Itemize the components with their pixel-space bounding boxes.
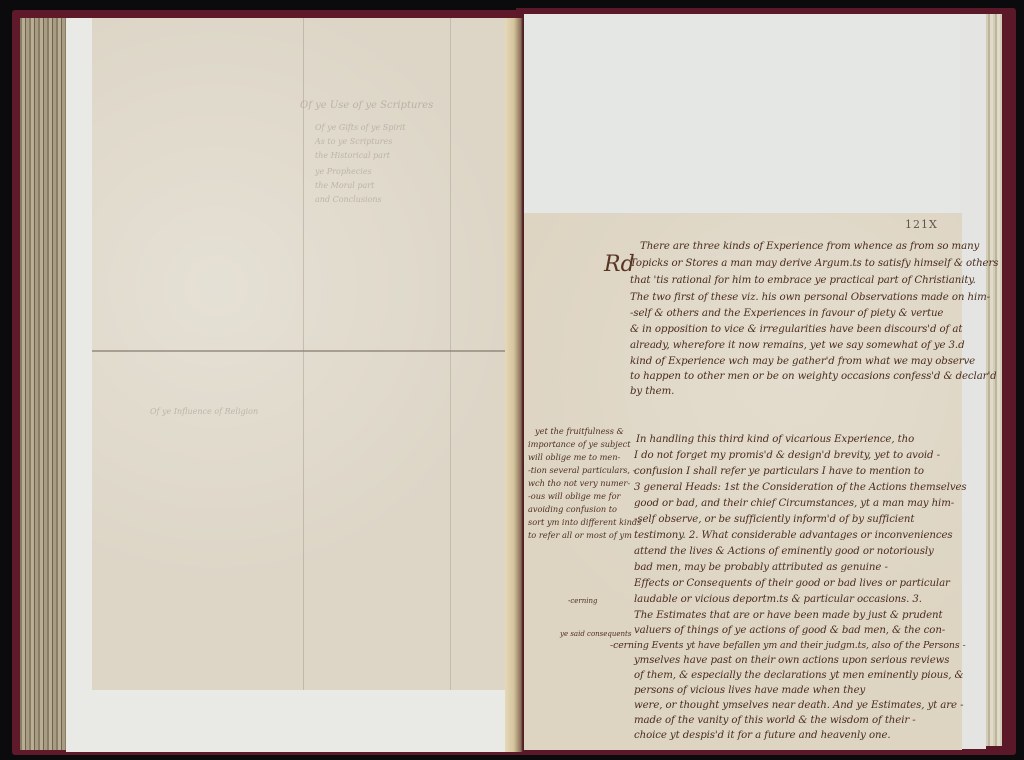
left-manuscript-page (92, 18, 506, 690)
margin-note-line: -ous will oblige me for (528, 490, 620, 502)
text-line: kind of Experience wch may be gather'd f… (630, 354, 975, 369)
ghost-line: the Moral part (315, 180, 374, 191)
text-line: bad men, may be probably attributed as g… (634, 560, 888, 575)
text-line: persons of vicious lives have made when … (634, 683, 865, 698)
text-line: by them. (630, 384, 674, 399)
margin-note-line: -tion several particulars, - (528, 464, 635, 476)
folio-number: 121X (905, 218, 938, 231)
margin-note-line: avoiding confusion to (528, 503, 617, 515)
margin-note-line: yet the fruitfulness & (535, 425, 624, 437)
vertical-margin-line (450, 18, 451, 690)
ghost-line: ye Prophecies (315, 166, 372, 177)
text-line: Effects or Consequents of their good or … (634, 576, 950, 591)
ghost-line: Of ye Gifts of ye Spirit (315, 122, 406, 133)
margin-note-lower: -cerning (568, 595, 598, 607)
text-line: ymselves have past on their own actions … (634, 653, 949, 668)
text-line: I do not forget my promis'd & design'd b… (634, 448, 940, 463)
text-line: -self & others and the Experiences in fa… (630, 306, 943, 321)
ghost-line: the Historical part (315, 150, 390, 161)
text-line: The Estimates that are or have been made… (634, 608, 943, 623)
text-line: -self observe, or be sufficiently inform… (634, 512, 914, 527)
text-line: attend the lives & Actions of eminently … (634, 544, 934, 559)
text-line: that 'tis rational for him to embrace ye… (630, 273, 976, 288)
text-line: good or bad, and their chief Circumstanc… (634, 496, 954, 511)
text-line: laudable or vicious deportm.ts & particu… (634, 592, 922, 607)
margin-note-line: importance of ye subject (528, 438, 631, 450)
text-line: testimony. 2. What considerable advantag… (634, 528, 953, 543)
text-line: made of the vanity of this world & the w… (634, 713, 916, 728)
ghost-line-bottom: Of ye Influence of Religion (150, 406, 258, 417)
margin-note-line: wch tho not very numer- (528, 477, 630, 489)
text-line: of them, & especially the declarations y… (634, 668, 963, 683)
text-line: -cerning Events yt have befallen ym and … (610, 638, 966, 653)
text-line: were, or thought ymselves near death. An… (634, 698, 963, 713)
horizontal-fold-line (92, 350, 506, 352)
text-line: There are three kinds of Experience from… (640, 239, 979, 254)
ghost-line: and Conclusions (315, 194, 382, 205)
text-line: & in opposition to vice & irregularities… (630, 322, 962, 337)
text-line: valuers of things of ye actions of good … (634, 623, 945, 638)
text-line: In handling this third kind of vicarious… (636, 432, 914, 447)
text-line: Topicks or Stores a man may derive Argum… (630, 256, 998, 271)
margin-note-line: will oblige me to men- (528, 451, 620, 463)
text-line: already, wherefore it now remains, yet w… (630, 338, 965, 353)
book-gutter (505, 18, 523, 752)
text-line: confusion I shall refer ye particulars I… (634, 464, 924, 479)
ghost-line: As to ye Scriptures (315, 136, 392, 147)
margin-note-line: sort ym into different kinds (528, 516, 641, 528)
text-line: The two first of these viz. his own pers… (630, 290, 990, 305)
margin-note-line: to refer all or most of ym (528, 529, 632, 541)
text-line: to happen to other men or be on weighty … (630, 369, 997, 384)
right-flyleaf-top (524, 14, 984, 214)
ghost-heading: Of ye Use of ye Scriptures (300, 100, 433, 111)
text-line: 3 general Heads: 1st the Consideration o… (634, 480, 967, 495)
vertical-fold-line (303, 18, 304, 690)
text-line: choice yt despis'd it for a future and h… (634, 728, 891, 743)
page-edge-stack-left (20, 18, 70, 750)
